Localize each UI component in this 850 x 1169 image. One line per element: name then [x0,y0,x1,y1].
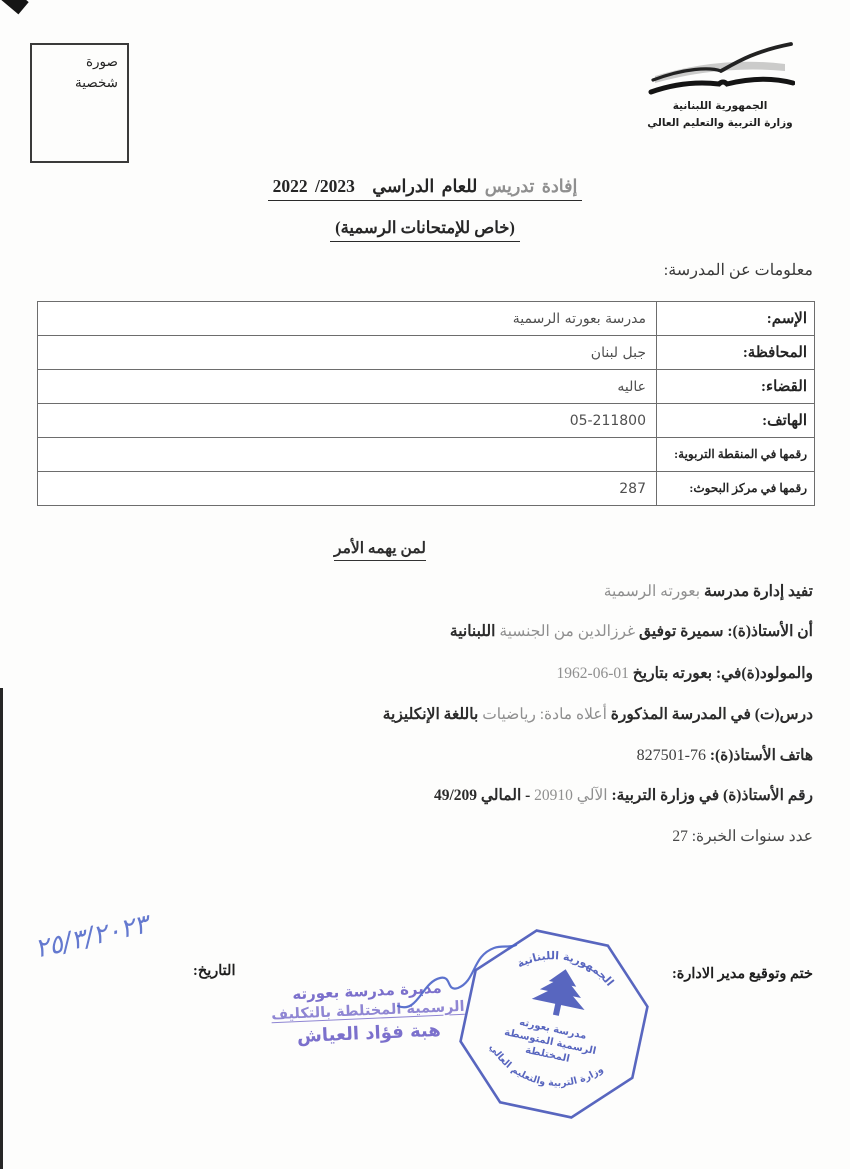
row-label-phone: الهاتف: [656,404,814,437]
document-subtitle: (خاص للإمتحانات الرسمية) [330,218,520,242]
octagon-seal: الجمهورية اللبنانية وزارة التربية والتعل… [450,920,658,1128]
table-row: القضاء: عاليه [38,369,814,403]
concern-heading-wrap: لمن يهمه الأمر [0,539,760,561]
row-label-research-center-number: رقمها في مركز البحوث: [656,472,814,505]
letter-line-teacher-phone: هاتف الأستاذ(ة): 76-827501 [37,746,813,765]
letter-line-experience-years: عدد سنوات الخبرة: 27 [37,827,813,846]
ministry-name: وزارة التربية والتعليم العالي [628,115,812,132]
title-word-bold: للعام الدراسي [372,176,477,196]
title-block: إفادة تدريس للعام الدراسي 2022 /2023 (خا… [0,176,850,242]
date-label: التاريخ: [193,963,235,980]
row-value-name: مدرسة بعورته الرسمية [38,302,656,335]
republic-name: الجمهورية اللبنانية [628,98,812,115]
photo-placeholder-box: صورة شخصية [30,43,129,163]
academic-years: 2022 /2023 [273,176,355,196]
letter-line-subject: درس(ت) في المدرسة المذكورة أعلاه مادة: ر… [37,705,813,724]
handwritten-date: ٢٥/٣/٢٠٢٣ [32,909,151,964]
row-label-educational-district-number: رقمها في المنقطة التربوية: [656,438,814,471]
title-word-light: إفادة تدريس [485,176,578,196]
open-book-logo-icon [645,40,795,98]
director-stamp-label: ختم وتوقيع مدير الادارة: [672,966,813,983]
table-row: المحافظة: جبل لبنان [38,335,814,369]
table-row: الهاتف: 05-211800 [38,403,814,437]
letter-line-certifies: تفيد إدارة مدرسة بعورته الرسمية [37,582,813,601]
official-seal: الجمهورية اللبنانية وزارة التربية والتعل… [392,908,664,1150]
scan-artifact-left-edge [0,688,3,1169]
school-info-heading: معلومات عن المدرسة: [664,260,813,280]
letter-line-ministry-numbers: رقم الأستاذ(ة) في وزارة التربية: الآلي 2… [37,786,813,805]
row-value-research-center-number: 287 [38,472,656,505]
letter-line-birth: والمولود(ة)في: بعورته بتاريخ 01-06-1962 [37,664,813,683]
table-row: الإسم: مدرسة بعورته الرسمية [38,302,814,335]
scan-artifact-corner [0,0,29,14]
letter-line-teacher-name: أن الأستاذ(ة): سميرة توفيق غرزالدين من ا… [37,622,813,641]
row-value-phone: 05-211800 [38,404,656,437]
table-row: رقمها في المنقطة التربوية: [38,437,814,471]
row-value-educational-district-number [38,438,656,471]
concern-heading: لمن يهمه الأمر [334,539,426,561]
document-title: إفادة تدريس للعام الدراسي 2022 /2023 [268,176,583,201]
ministry-header: الجمهورية اللبنانية وزارة التربية والتعل… [628,40,812,133]
row-label-district: القضاء: [656,370,814,403]
row-value-governorate: جبل لبنان [38,336,656,369]
cedar-tree-icon [529,964,592,1021]
scanned-document-page: صورة شخصية الجمهورية اللبنانية وزارة الت… [0,0,850,1169]
photo-label-line2: شخصية [32,73,118,94]
photo-label-line1: صورة [32,52,118,73]
row-value-district: عاليه [38,370,656,403]
school-info-table: الإسم: مدرسة بعورته الرسمية المحافظة: جب… [37,301,815,506]
row-label-name: الإسم: [656,302,814,335]
row-label-governorate: المحافظة: [656,336,814,369]
table-row: رقمها في مركز البحوث: 287 [38,471,814,505]
